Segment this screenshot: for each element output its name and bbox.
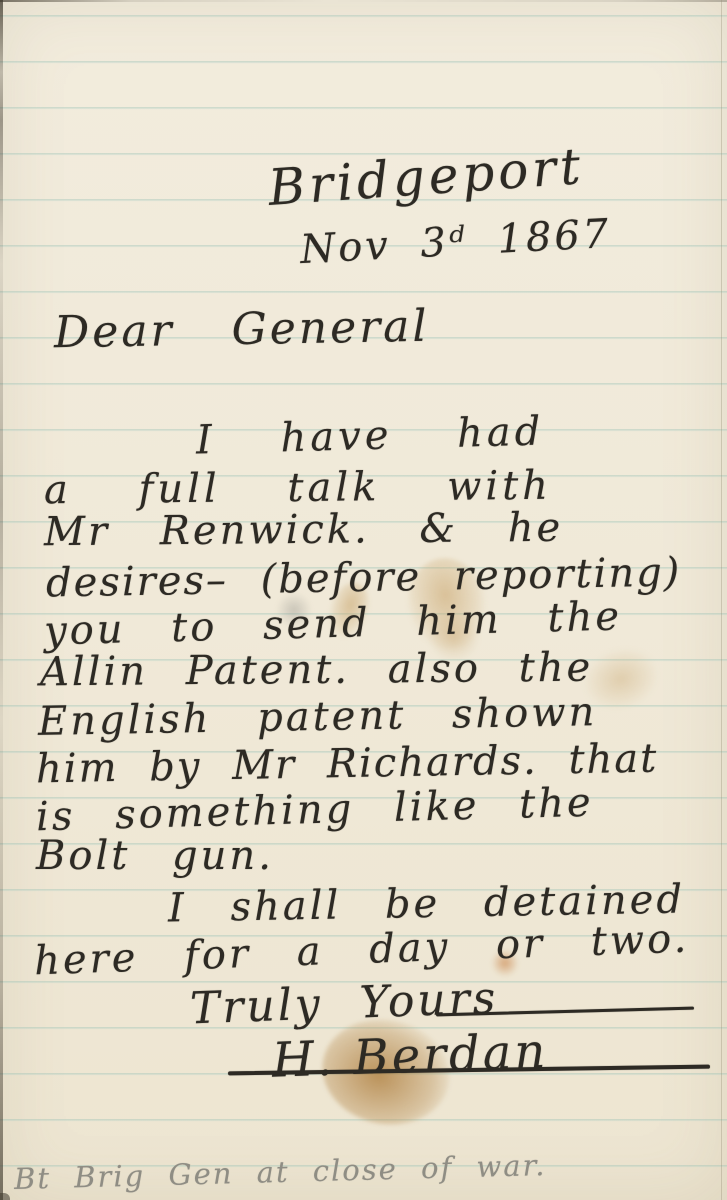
heading-place: Bridgeport	[267, 141, 586, 213]
letter-page: Bridgeport Nov 3ᵈ 1867 Dear General I ha…	[0, 0, 727, 1200]
body-line-3: Mr Renwick. & he	[44, 508, 564, 553]
body-line-12: here for a day or two.	[34, 919, 690, 982]
body-line-2: a full talk with	[44, 466, 552, 510]
paper-edge-top	[0, 0, 727, 2]
salutation: Dear General	[54, 305, 430, 356]
signature: H. Berdan	[271, 1027, 549, 1085]
closing: Truly Yours	[189, 977, 499, 1032]
pencil-annotation: Bt Brig Gen at close of war.	[14, 1151, 547, 1194]
body-line-10: Bolt gun.	[36, 836, 274, 876]
body-line-1: I have had	[196, 411, 545, 460]
paper-edge-left	[0, 0, 3, 1200]
paper-corner-mark	[0, 1193, 10, 1200]
paper-edge-right	[721, 0, 722, 1200]
body-line-6: Allin Patent. also the	[40, 648, 594, 693]
heading-date: Nov 3ᵈ 1867	[299, 214, 612, 270]
body-line-7: English patent shown	[38, 692, 598, 742]
